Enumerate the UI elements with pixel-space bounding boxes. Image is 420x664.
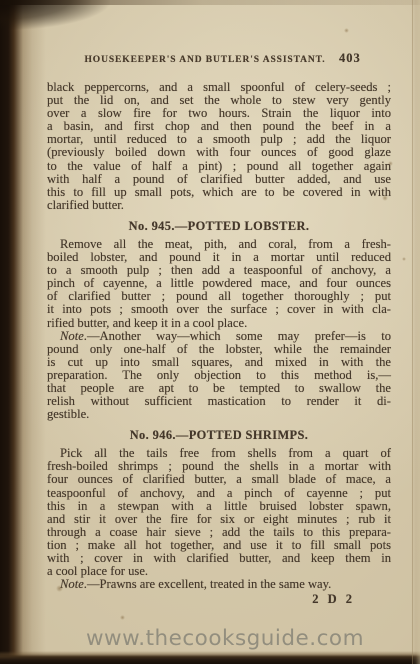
- book-page-scan: HOUSEKEEPER'S AND BUTLER'S ASSISTANT. 40…: [0, 0, 420, 664]
- foxing-specks: [0, 0, 420, 664]
